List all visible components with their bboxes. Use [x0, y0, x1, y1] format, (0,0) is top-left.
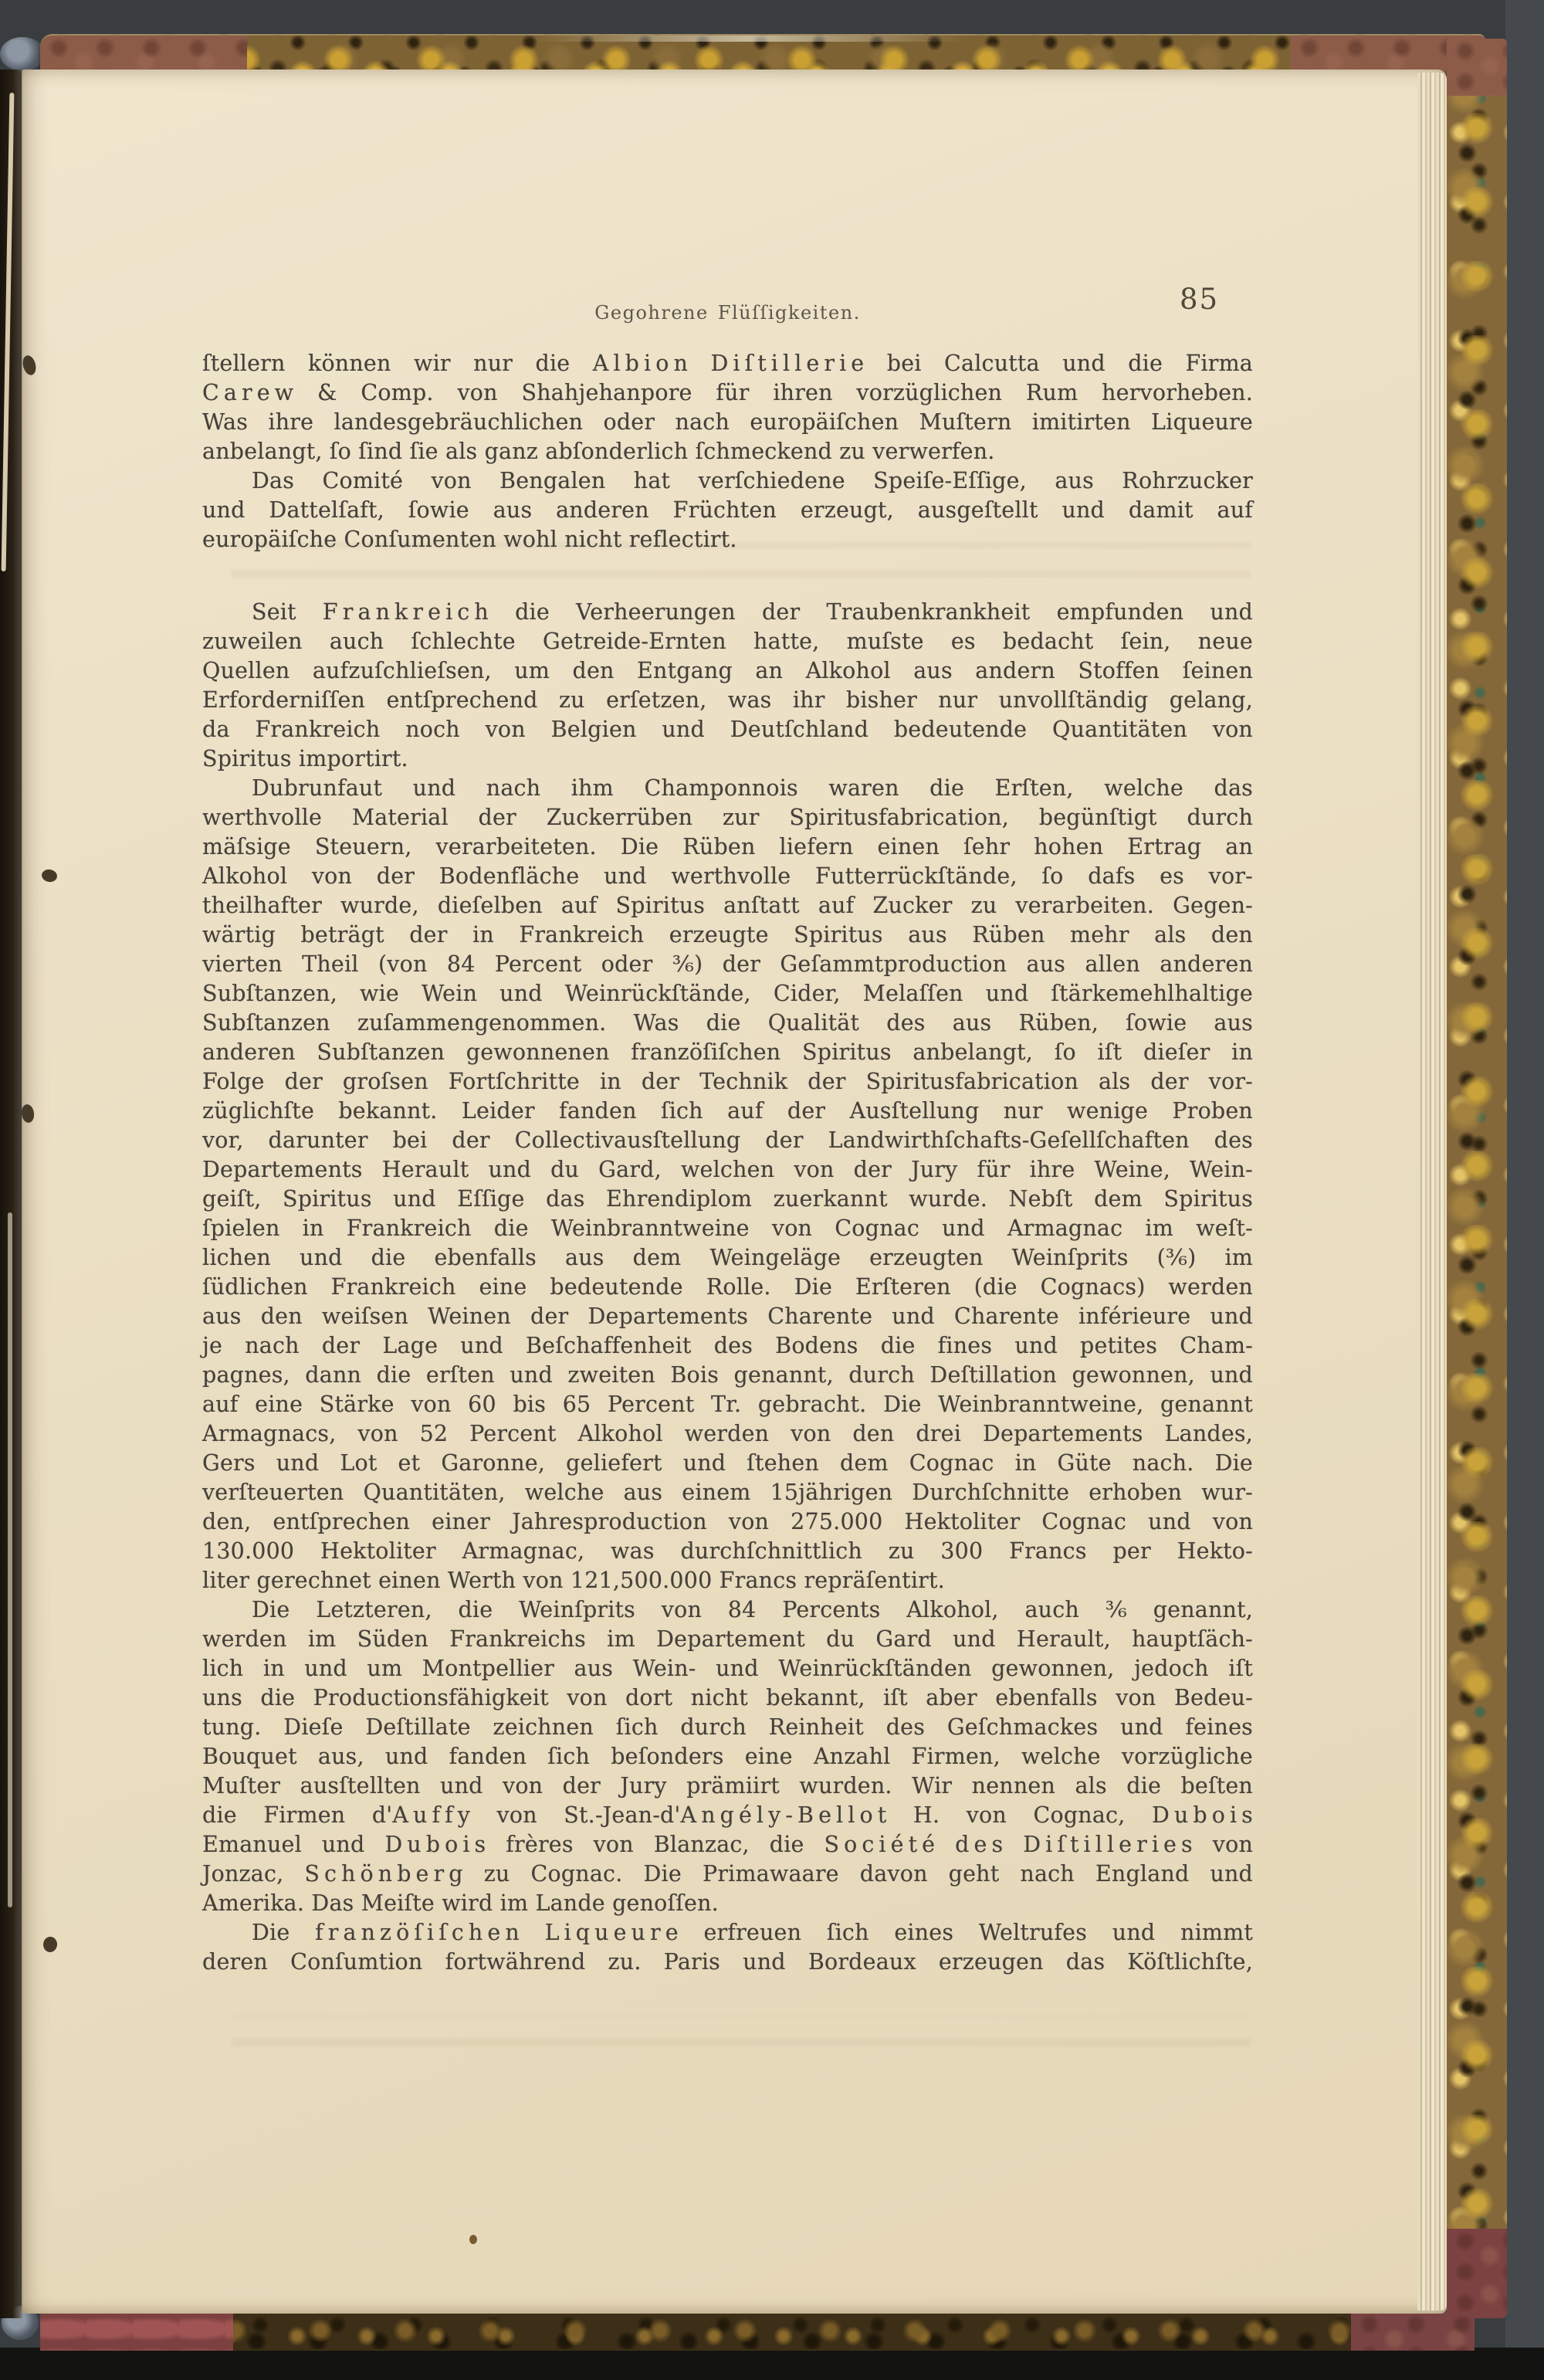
text-line: geiſt, Spiritus und Eſſige das Ehrendipl…	[202, 1185, 1253, 1214]
text-line: den, entſprechen einer Jahresproduction …	[202, 1507, 1253, 1537]
paragraph: Das Comité von Bengalen hat verſchiedene…	[202, 466, 1253, 554]
text-line: auf eine Stärke von 60 bis 65 Percent Tr…	[202, 1390, 1253, 1419]
text-line: mäſsige Steuern, verarbeiteten. Die Rübe…	[202, 832, 1253, 862]
text-line: theilhafter wurde, dieſelben auf Spiritu…	[202, 891, 1253, 920]
text-line: uns die Productionsfähigkeit von dort ni…	[202, 1683, 1253, 1713]
text-line: vor, darunter bei der Collectivausſtellu…	[202, 1126, 1253, 1155]
text-line: pagnes, dann die erſten und zweiten Bois…	[202, 1361, 1253, 1390]
text-line: Alkohol von der Bodenfläche und werthvol…	[202, 862, 1253, 891]
text-line: Was ihre landesgebräuchlichen oder nach …	[202, 408, 1253, 437]
text-line: Armagnacs, von 52 Percent Alkohol werden…	[202, 1419, 1253, 1449]
text-line: anbelangt, ſo ſind ſie als ganz abſonder…	[202, 437, 1253, 466]
book-board-top-edge	[40, 34, 1485, 74]
text-line: lich in und um Montpellier aus Wein- und…	[202, 1654, 1253, 1683]
leather-corner-bottom-right	[1351, 2312, 1475, 2351]
paragraph: Die f r a n z ö ſ i ſ c h e n L i q u e …	[202, 1918, 1253, 1977]
leather-corner-right-top	[1447, 39, 1507, 96]
text-line: die Firmen d'A u f f y von St.-Jean-d'A …	[202, 1801, 1253, 1830]
text-line: verſteuerten Quantitäten, welche aus ein…	[202, 1478, 1253, 1507]
text-line: Die f r a n z ö ſ i ſ c h e n L i q u e …	[202, 1918, 1253, 1948]
photo-background-bottom	[0, 2348, 1544, 2380]
text-line: Amerika. Das Meiſte wird im Lande genoſſ…	[202, 1889, 1253, 1918]
text-line: zuweilen auch ſchlechte Getreide-Ernten …	[202, 627, 1253, 656]
text-line: C a r e w & Comp. von Shahjehanpore für …	[202, 378, 1253, 408]
text-line: züglichſte bekannt. Leider fanden ſich a…	[202, 1097, 1253, 1126]
text-line: Gers und Lot et Garonne, geliefert und ſ…	[202, 1449, 1253, 1478]
text-line: Das Comité von Bengalen hat verſchiedene…	[202, 466, 1253, 496]
leather-corner-top-left	[40, 36, 247, 74]
text-line: europäiſche Conſumenten wohl nicht refle…	[202, 525, 1253, 554]
book-spine-gutter-left	[0, 70, 23, 2318]
text-line: tung. Dieſe Deſtillate zeichnen ſich dur…	[202, 1713, 1253, 1742]
text-line: deren Conſumtion fortwährend zu. Paris u…	[202, 1948, 1253, 1977]
text-line: Subſtanzen, wie Wein und Weinrückſtände,…	[202, 979, 1253, 1009]
text-line: Die Letzteren, die Weinſprits von 84 Per…	[202, 1595, 1253, 1625]
text-line: anderen Subſtanzen gewonnenen franzöſiſc…	[202, 1038, 1253, 1067]
stain-speck	[21, 354, 38, 376]
photo-background-right	[1505, 0, 1544, 2351]
endpaper-marble-sliver-top	[0, 37, 45, 71]
leather-corner-right-bottom	[1447, 2229, 1507, 2318]
text-line: werden im Süden Frankreichs im Departeme…	[202, 1625, 1253, 1654]
ink-bleed-through	[232, 2016, 1251, 2046]
stain-speck	[469, 2235, 477, 2244]
text-line: aus den weiſsen Weinen der Departements …	[202, 1302, 1253, 1331]
text-line: Quellen aufzuſchlieſsen, um den Entgang …	[202, 656, 1253, 686]
paragraph: Die Letzteren, die Weinſprits von 84 Per…	[202, 1595, 1253, 1918]
text-line: Subſtanzen zuſammengenommen. Was die Qua…	[202, 1009, 1253, 1038]
text-line: Departements Herault und du Gard, welche…	[202, 1155, 1253, 1185]
page-edge-stack-right	[1417, 73, 1447, 2310]
stain-speck	[41, 868, 58, 883]
text-block: ſtellern können wir nur die A l b i o n …	[202, 349, 1253, 1977]
paragraph: ſtellern können wir nur die A l b i o n …	[202, 349, 1253, 466]
text-line: ſüdlichen Frankreich eine bedeutende Rol…	[202, 1273, 1253, 1302]
text-line: vierten Theil (von 84 Percent oder ³⁄₆) …	[202, 950, 1253, 979]
text-line: Dubrunfaut und nach ihm Champonnois ware…	[202, 774, 1253, 803]
book-board-bottom-edge	[40, 2312, 1475, 2351]
text-line: liter gerechnet einen Werth von 121,500.…	[202, 1566, 1253, 1595]
page-edge-sliver	[2, 93, 15, 571]
text-line: ſtellern können wir nur die A l b i o n …	[202, 349, 1253, 378]
text-line: wärtig beträgt der in Frankreich erzeugt…	[202, 920, 1253, 950]
text-line: da Frankreich noch von Belgien und Deutſ…	[202, 715, 1253, 744]
page-number: 85	[1180, 283, 1219, 316]
text-line: lichen und die ebenfalls aus dem Weingel…	[202, 1243, 1253, 1273]
text-line: werthvolle Material der Zuckerrüben zur …	[202, 803, 1253, 832]
text-line: Muſter ausſtellten und von der Jury präm…	[202, 1771, 1253, 1801]
glare-highlight	[531, 36, 965, 42]
text-line: Emanuel und D u b o i s frères von Blanz…	[202, 1830, 1253, 1860]
text-line: je nach der Lage und Beſchaffenheit des …	[202, 1331, 1253, 1361]
paragraph: Dubrunfaut und nach ihm Champonnois ware…	[202, 774, 1253, 1595]
text-line: Seit F r a n k r e i c h die Verheerunge…	[202, 598, 1253, 627]
stain-speck	[42, 1936, 58, 1952]
text-line: 130.000 Hektoliter Armagnac, was durchſc…	[202, 1537, 1253, 1566]
page-edge-sliver	[8, 1212, 12, 1907]
running-header: Gegohrene Flüſſigkeiten.	[202, 302, 1253, 324]
book-scan: Gegohrene Flüſſigkeiten. 85 ſtellern kön…	[0, 0, 1544, 2380]
text-line: und Dattelſaft, ſowie aus anderen Frücht…	[202, 496, 1253, 525]
book-page: Gegohrene Flüſſigkeiten. 85 ſtellern kön…	[22, 70, 1447, 2314]
text-line: Erforderniſſen entſprechend zu erſetzen,…	[202, 686, 1253, 715]
marbled-fore-edge-right	[1447, 39, 1507, 2318]
text-line: Bouquet aus, und fanden ſich beſonders e…	[202, 1742, 1253, 1771]
text-line: Spiritus importirt.	[202, 744, 1253, 774]
paragraph: Seit F r a n k r e i c h die Verheerunge…	[202, 598, 1253, 774]
text-line: Folge der groſsen Fortſchritte in der Te…	[202, 1067, 1253, 1097]
text-line: Jonzac, S c h ö n b e r g zu Cognac. Die…	[202, 1860, 1253, 1889]
text-line: ſpielen in Frankreich die Weinbranntwein…	[202, 1214, 1253, 1243]
leather-corner-bottom-left	[40, 2312, 233, 2351]
